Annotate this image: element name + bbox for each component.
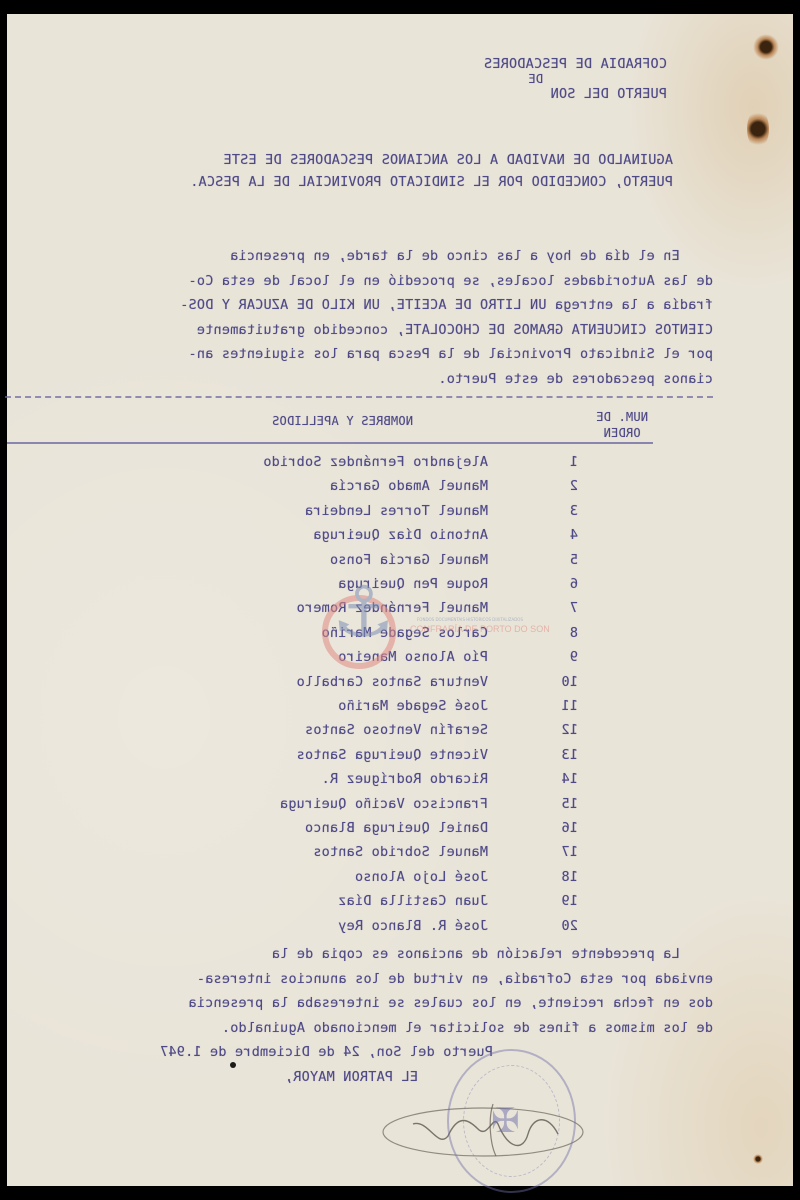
table-row: 20José R. Blanco Rey: [7, 918, 793, 942]
table-row: 5Manuel García Fonso: [7, 552, 793, 576]
signatory-title: EL PATRON MAYOR,: [285, 1069, 418, 1085]
row-number: 15: [538, 796, 578, 812]
row-name: Alejandro Fernández Sobrido: [263, 454, 488, 470]
row-name: Serafín Ventoso Santos: [305, 722, 488, 738]
row-name: Ricardo Rodríguez R.: [321, 771, 488, 787]
row-name: Juan Castilla Díaz: [338, 893, 488, 909]
row-name: Manuel Fernández Romero: [296, 600, 488, 616]
header-line-3: PUERTO DEL SON: [550, 86, 667, 102]
row-number: 17: [538, 844, 578, 860]
table-row: 16Daniel Queiruga Blanco: [7, 820, 793, 844]
row-number: 2: [538, 478, 578, 494]
body-paragraph: En el día de hoy a las cinco de la tarde…: [180, 244, 713, 391]
closing-paragraph: La precedente relación de ancianos es co…: [188, 942, 713, 1040]
table-row: 18José Lojo Alonso: [7, 869, 793, 893]
row-number: 4: [538, 527, 578, 543]
table-row: 2Manuel Amado García: [7, 478, 793, 502]
title-line-1: AGUINALDO DE NAVIDAD A LOS ANCIANOS PESC…: [223, 152, 673, 168]
row-number: 1: [538, 454, 578, 470]
row-name: Pío Alonso Maneiro: [338, 649, 488, 665]
row-name: Manuel Sobrido Santos: [313, 844, 488, 860]
divider-solid: [7, 442, 653, 444]
official-stamp: ✠: [447, 1049, 576, 1193]
table-row: 3Manuel Torres Lendeira: [7, 503, 793, 527]
row-number: 5: [538, 552, 578, 568]
table-row: 6Roque Pen Queiruga: [7, 576, 793, 600]
table-row: 15Francisco Vaciño Queiruga: [7, 796, 793, 820]
table-row: 8Carlos Segade Mariño: [7, 625, 793, 649]
row-number: 8: [538, 625, 578, 641]
header-line-1: COFRADIA DE PESCADORES: [484, 56, 667, 72]
table-row: 14Ricardo Rodríguez R.: [7, 771, 793, 795]
table-row: 7Manuel Fernández Romero: [7, 600, 793, 624]
row-number: 6: [538, 576, 578, 592]
row-name: Manuel García Fonso: [330, 552, 488, 568]
table-row: 13Vicente Queiruga Santos: [7, 747, 793, 771]
row-name: José Lojo Alonso: [355, 869, 488, 885]
row-number: 18: [538, 869, 578, 885]
row-number: 16: [538, 820, 578, 836]
date-line: Puerto del Son, 24 de Diciembre de 1.947: [160, 1044, 493, 1060]
row-name: José Segade Mariño: [338, 698, 488, 714]
row-name: Ventura Santos Carballo: [296, 674, 488, 690]
row-name: Manuel Torres Lendeira: [305, 503, 488, 519]
row-number: 7: [538, 600, 578, 616]
table-row: 17Manuel Sobrido Santos: [7, 844, 793, 868]
row-name: Francisco Vaciño Queiruga: [280, 796, 488, 812]
row-name: Roque Pen Queiruga: [338, 576, 488, 592]
row-number: 12: [538, 722, 578, 738]
table-row: 12Serafín Ventoso Santos: [7, 722, 793, 746]
column-header-name: NOMBRES Y APELLIDOS: [272, 414, 413, 428]
row-number: 11: [538, 698, 578, 714]
table-row: 9Pío Alonso Maneiro: [7, 649, 793, 673]
title-line-2: PUERTO, CONCEDIDO POR EL SINDICATO PROVI…: [190, 174, 673, 190]
row-name: Antonio Díaz Queiruga: [313, 527, 488, 543]
row-number: 19: [538, 893, 578, 909]
row-name: José R. Blanco Rey: [338, 918, 488, 934]
row-number: 10: [538, 674, 578, 690]
row-number: 20: [538, 918, 578, 934]
row-number: 3: [538, 503, 578, 519]
row-name: Daniel Queiruga Blanco: [305, 820, 488, 836]
header-line-2: DE: [528, 72, 543, 86]
table-row: 1Alejandro Fernández Sobrido: [7, 454, 793, 478]
row-name: Vicente Queiruga Santos: [296, 747, 488, 763]
table-row: 11José Segade Mariño: [7, 698, 793, 722]
row-number: 14: [538, 771, 578, 787]
column-header-number: NUM. DE ORDEN: [596, 409, 648, 441]
document-page: COFRADIA DE PESCADORES DE PUERTO DEL SON…: [7, 14, 793, 1186]
ink-dot: [230, 1062, 236, 1068]
row-number: 9: [538, 649, 578, 665]
table-row: 19Juan Castilla Díaz: [7, 893, 793, 917]
crown-emblem-icon: ✠: [491, 1101, 520, 1141]
table-row: 10Ventura Santos Carballo: [7, 674, 793, 698]
row-name: Manuel Amado García: [330, 478, 488, 494]
row-number: 13: [538, 747, 578, 763]
mirrored-content: COFRADIA DE PESCADORES DE PUERTO DEL SON…: [7, 14, 793, 1186]
divider-dashed: [5, 396, 713, 398]
table-row: 4Antonio Díaz Queiruga: [7, 527, 793, 551]
row-name: Carlos Segade Mariño: [321, 625, 488, 641]
